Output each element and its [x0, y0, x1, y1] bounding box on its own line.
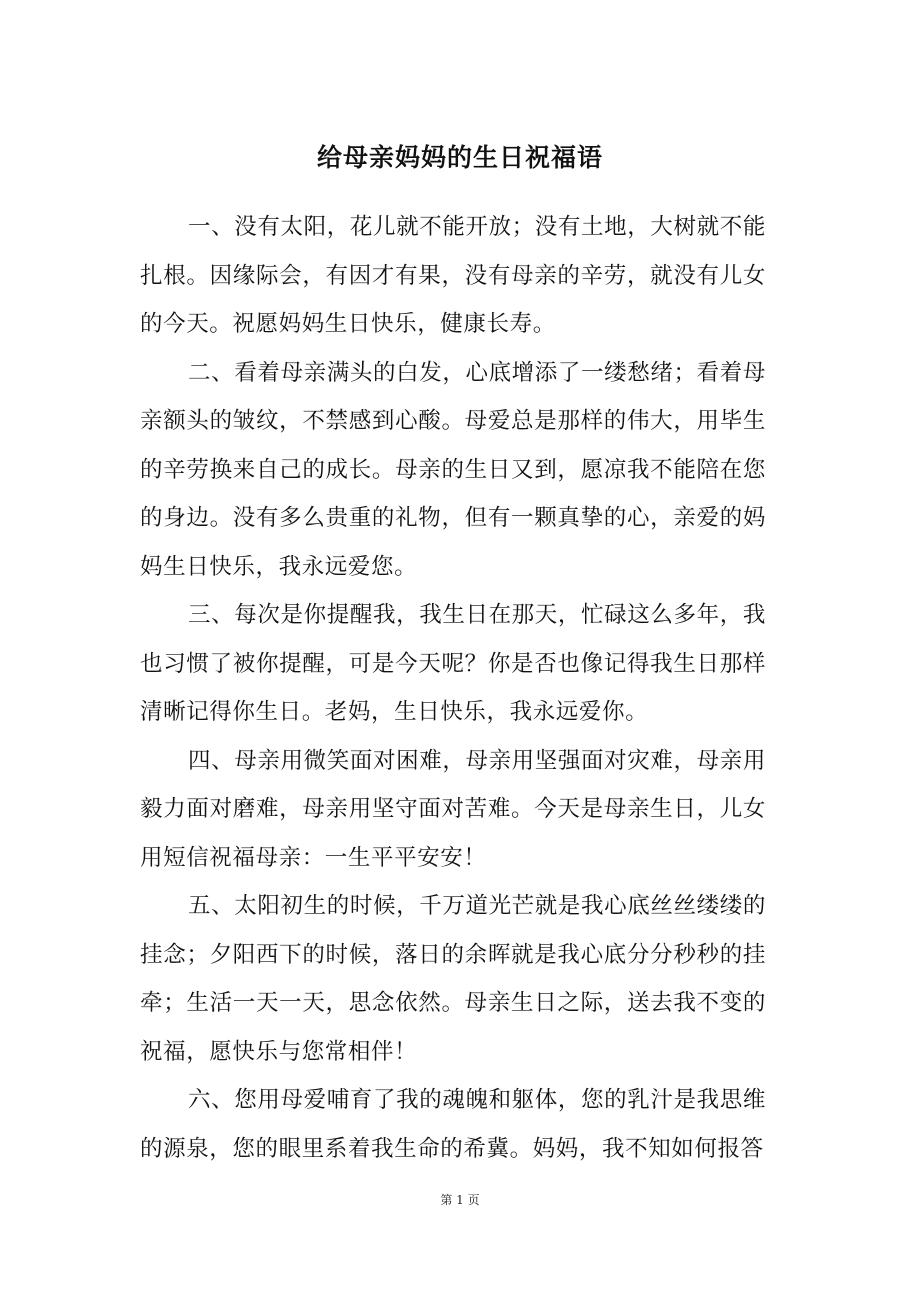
paragraph-2: 二、看着母亲满头的白发，心底增添了一缕愁绪；看着母亲额头的皱纹，不禁感到心酸。母…: [140, 349, 766, 592]
paragraph-5: 五、太阳初生的时候，千万道光芒就是我心底丝丝缕缕的挂念；夕阳西下的时候，落日的余…: [140, 882, 766, 1076]
page-number: 第 1 页: [0, 1191, 920, 1208]
document-body: 一、没有太阳，花儿就不能开放；没有土地，大树就不能扎根。因缘际会，有因才有果，没…: [140, 203, 766, 1173]
paragraph-6: 六、您用母爱哺育了我的魂魄和躯体，您的乳汁是我思维的源泉，您的眼里系着我生命的希…: [140, 1076, 766, 1173]
paragraph-3: 三、每次是你提醒我，我生日在那天，忙碌这么多年，我也习惯了被你提醒，可是今天呢？…: [140, 591, 766, 737]
document-page: 给母亲妈妈的生日祝福语 一、没有太阳，花儿就不能开放；没有土地，大树就不能扎根。…: [0, 0, 920, 1302]
document-title: 给母亲妈妈的生日祝福语: [0, 138, 920, 174]
paragraph-4: 四、母亲用微笑面对困难，母亲用坚强面对灾难，母亲用毅力面对磨难，母亲用坚守面对苦…: [140, 737, 766, 883]
paragraph-1: 一、没有太阳，花儿就不能开放；没有土地，大树就不能扎根。因缘际会，有因才有果，没…: [140, 203, 766, 349]
